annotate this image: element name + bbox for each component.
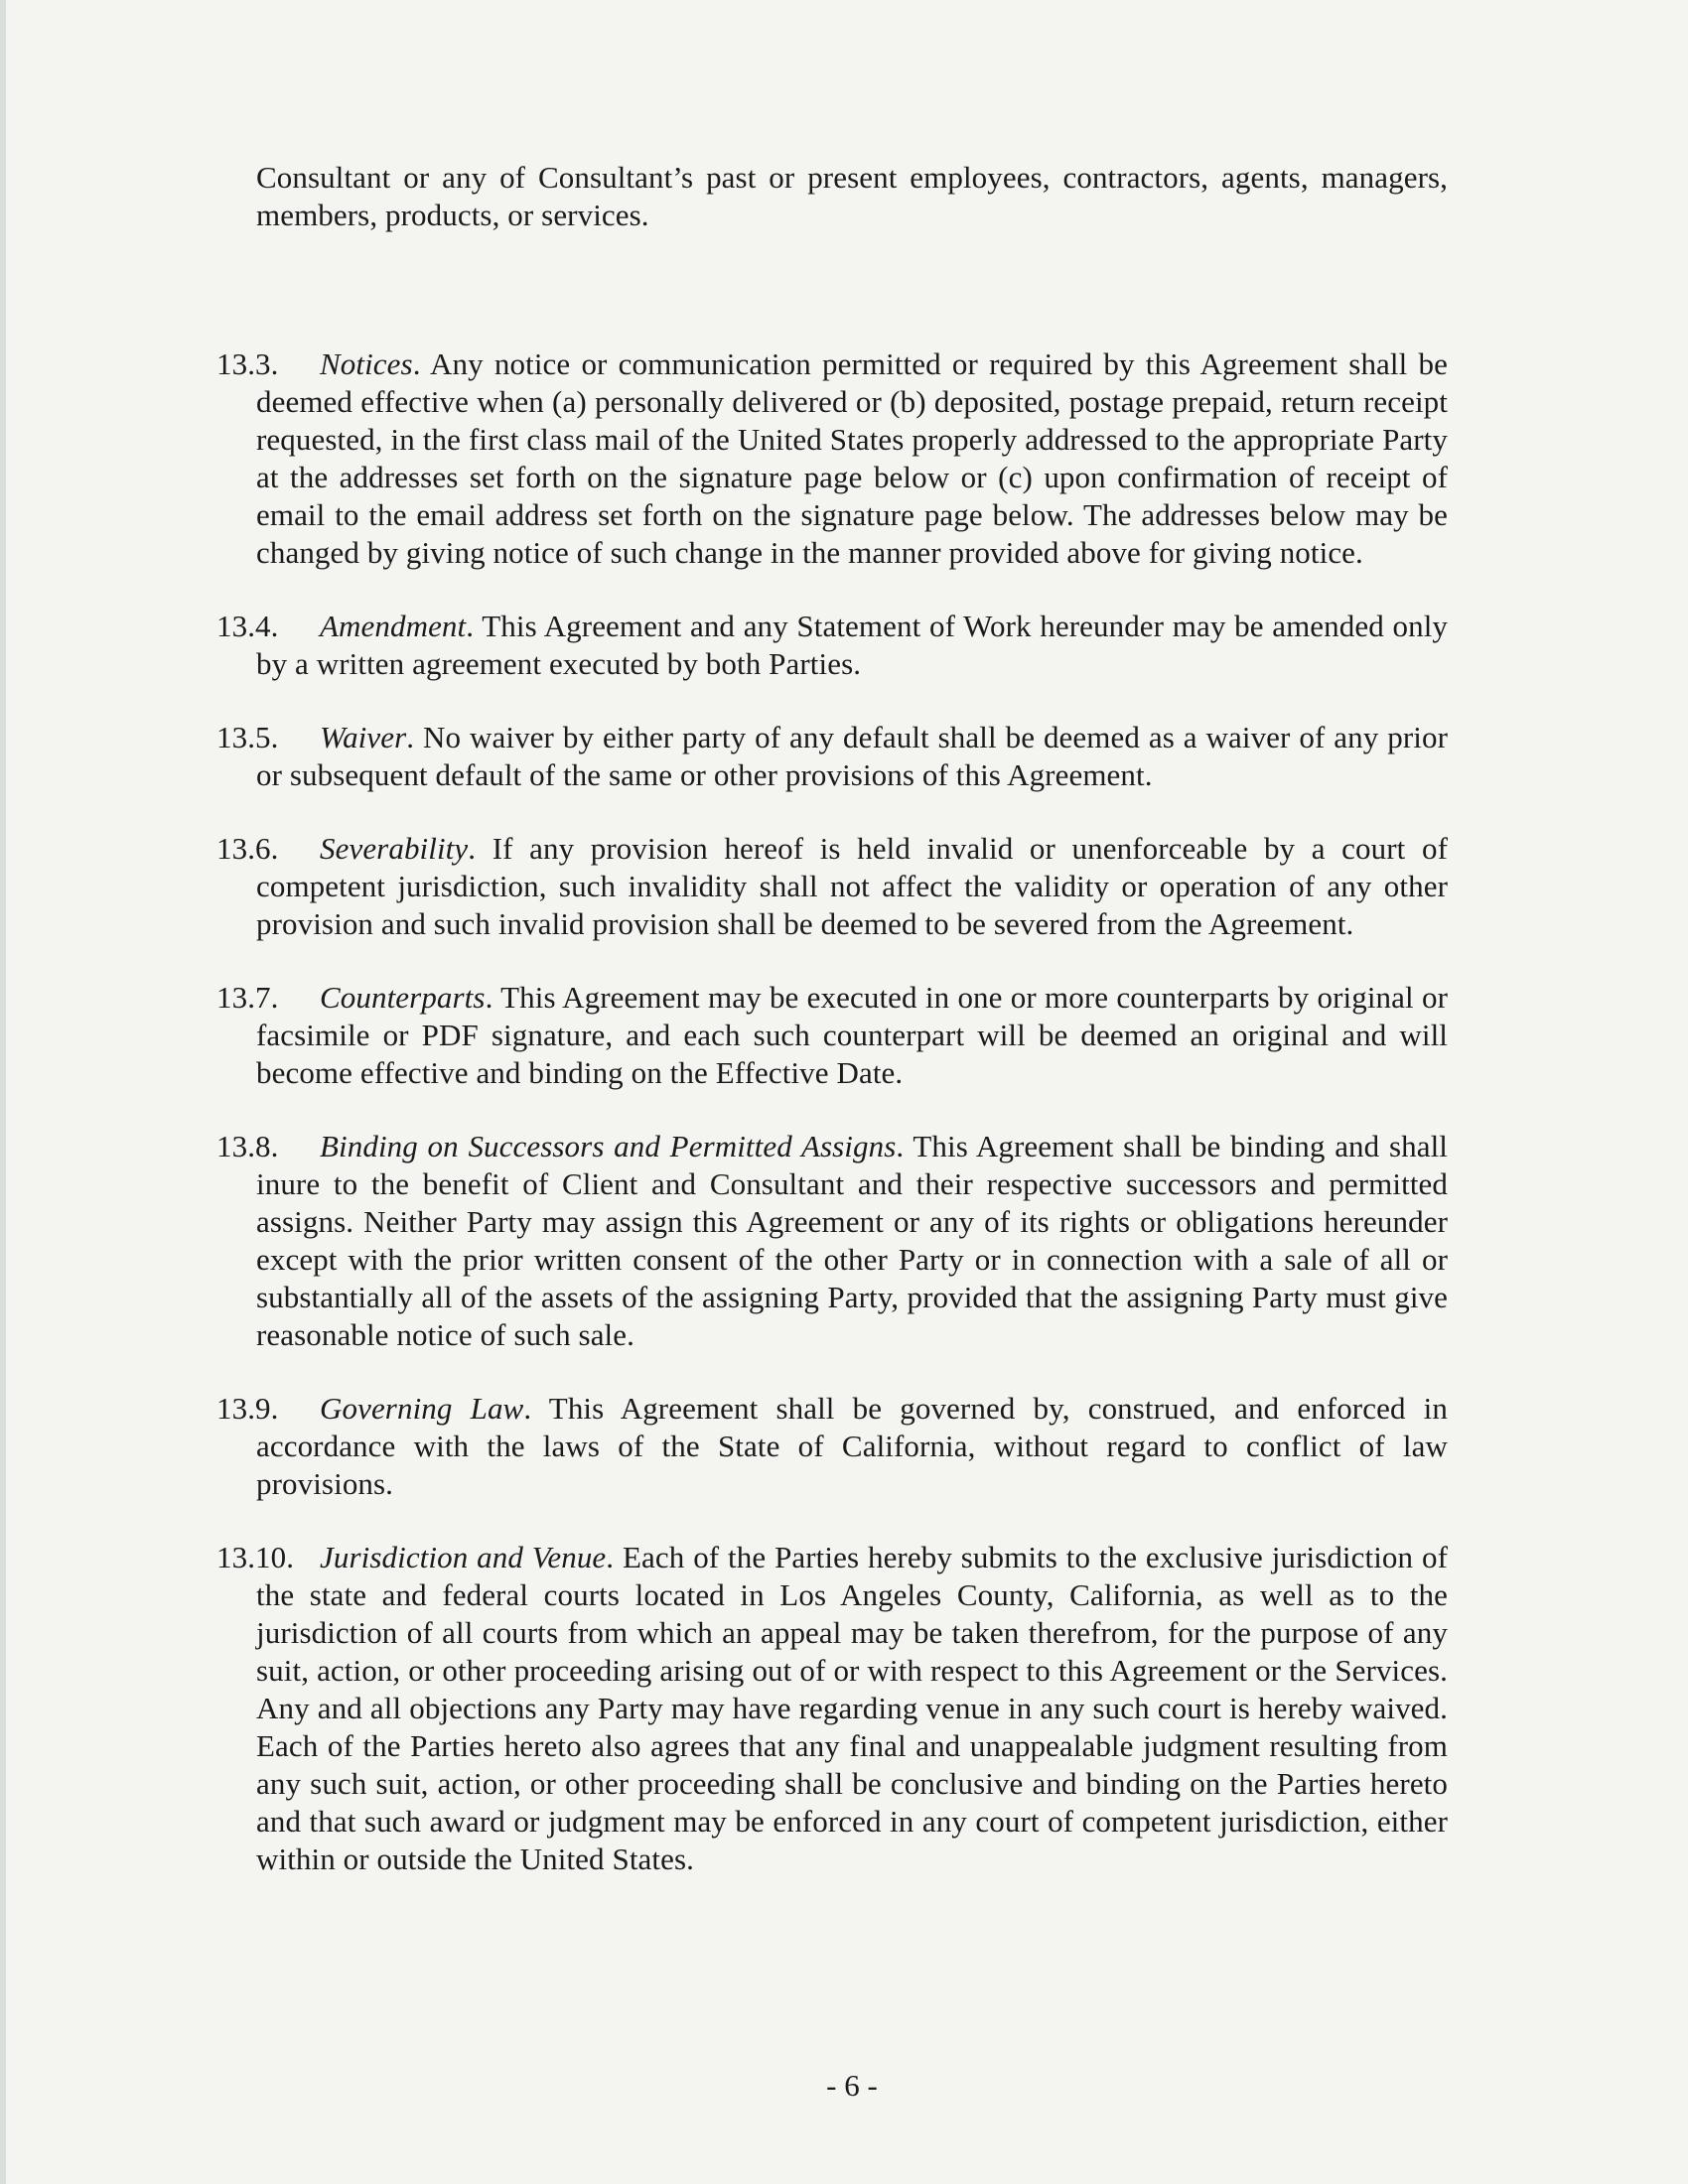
- continuation-paragraph: Consultant or any of Consultant’s past o…: [256, 159, 1448, 234]
- title-separator: .: [606, 1540, 623, 1574]
- title-separator: .: [406, 720, 423, 754]
- section-13-4: 13.4.Amendment. This Agreement and any S…: [256, 608, 1448, 683]
- section-13-5: 13.5.Waiver. No waiver by either party o…: [256, 719, 1448, 794]
- section-number: 13.6.: [216, 830, 279, 868]
- section-13-9: 13.9.Governing Law. This Agreement shall…: [256, 1390, 1448, 1503]
- section-title: Jurisdiction and Venue: [320, 1540, 606, 1574]
- scan-edge-artifact: [0, 0, 6, 2184]
- section-body: No waiver by either party of any default…: [256, 720, 1448, 792]
- section-13-7: 13.7.Counterparts. This Agreement may be…: [256, 979, 1448, 1092]
- document-page: Consultant or any of Consultant’s past o…: [256, 159, 1448, 1878]
- section-13-3: 13.3.Notices. Any notice or communicatio…: [256, 345, 1448, 572]
- title-separator: .: [523, 1391, 548, 1426]
- section-number: 13.8.: [216, 1128, 279, 1165]
- section-number: 13.5.: [216, 719, 279, 756]
- section-number: 13.3.: [216, 345, 279, 383]
- section-13-8: 13.8.Binding on Successors and Permitted…: [256, 1128, 1448, 1354]
- section-number: 13.9.: [216, 1390, 279, 1428]
- section-13-10: 13.10.Jurisdiction and Venue. Each of th…: [256, 1539, 1448, 1878]
- section-title: Notices: [320, 346, 413, 381]
- section-title: Waiver: [320, 720, 406, 754]
- page-number: - 6 -: [256, 2067, 1448, 2105]
- title-separator: .: [486, 980, 501, 1015]
- section-title: Binding on Successors and Permitted Assi…: [320, 1129, 896, 1163]
- section-body: Each of the Parties hereby submits to th…: [256, 1540, 1448, 1876]
- section-number: 13.10.: [216, 1539, 294, 1576]
- title-separator: .: [468, 831, 492, 866]
- section-title: Severability: [320, 831, 468, 866]
- section-title: Governing Law: [320, 1391, 523, 1426]
- section-number: 13.7.: [216, 979, 279, 1017]
- title-separator: .: [896, 1129, 913, 1163]
- section-number: 13.4.: [216, 608, 279, 645]
- section-body: Any notice or communication permitted or…: [256, 346, 1448, 570]
- section-13-6: 13.6.Severability. If any provision here…: [256, 830, 1448, 943]
- section-title: Counterparts: [320, 980, 486, 1015]
- title-separator: .: [466, 609, 482, 643]
- title-separator: .: [413, 346, 430, 381]
- section-title: Amendment: [320, 609, 466, 643]
